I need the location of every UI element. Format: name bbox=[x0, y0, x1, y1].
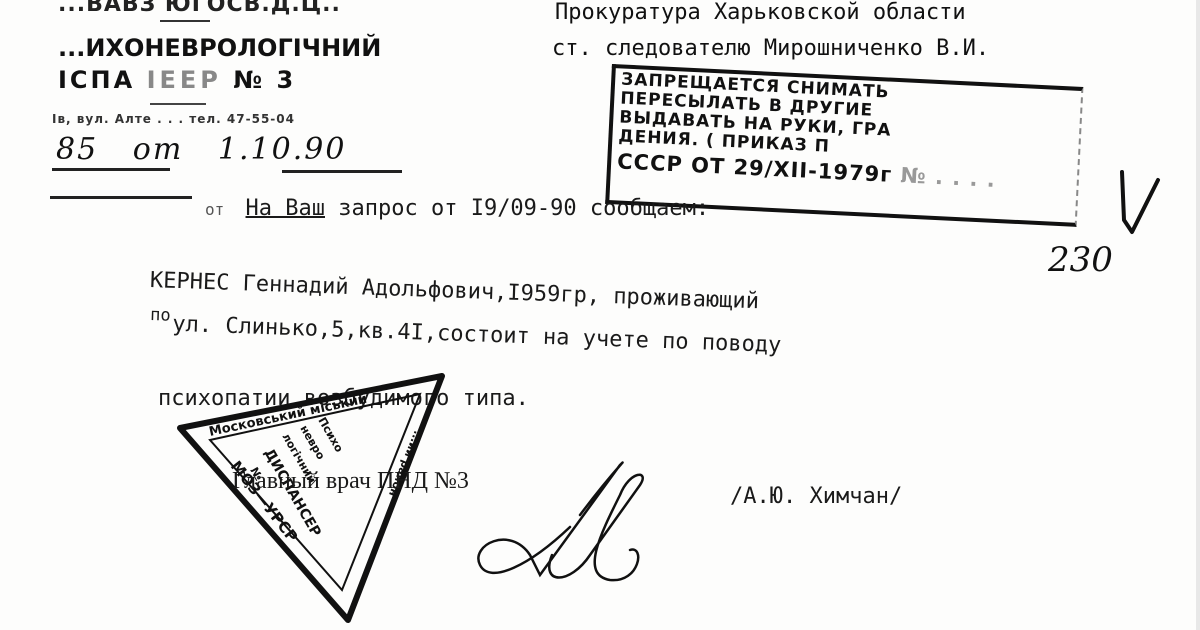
document-page: ...ВАВЗ ЮГОСВ.Д.Ц.. ...ИХОНЕВРОЛОГІЧНИЙ … bbox=[0, 0, 1200, 630]
outgoing-date: 1.10.90 bbox=[218, 132, 347, 167]
request-prefix: от bbox=[205, 200, 224, 219]
letterhead-dispensary: ІСПА ІЕЕР № 3 bbox=[58, 66, 296, 94]
letterhead-rule bbox=[160, 20, 210, 22]
request-line: от На Ваш запрос от I9/09-90 сообщаем: bbox=[205, 196, 709, 221]
handwritten-signature bbox=[470, 455, 700, 605]
outgoing-reference: 85 от 1.10.90 bbox=[56, 132, 346, 167]
scan-edge bbox=[1196, 0, 1200, 630]
letterhead-top-line: ...ВАВЗ ЮГОСВ.Д.Ц.. bbox=[58, 0, 341, 17]
signatory-name: /А.Ю. Химчан/ bbox=[730, 484, 902, 509]
request-underline bbox=[50, 196, 192, 199]
outgoing-underline bbox=[282, 170, 402, 173]
signatory-title: Главный врач ПНД №3 bbox=[232, 468, 469, 495]
dispensary-label: ІСПА bbox=[58, 66, 135, 94]
body-line-2-text: ул. Слинько,5,кв.4I,состоит на учете по … bbox=[172, 312, 782, 358]
request-text: запрос от I9/09-90 сообщаем: bbox=[338, 196, 709, 221]
letterhead-rule bbox=[150, 103, 206, 105]
addressee-line-1: Прокуратура Харьковской области bbox=[555, 0, 966, 25]
dispensary-faded: ІЕЕР bbox=[147, 66, 222, 94]
request-underlined: На Ваш bbox=[246, 196, 325, 221]
triangle-seal: Московський міський МОЗ—УРСР ...ий район… bbox=[170, 370, 470, 630]
outgoing-underline bbox=[52, 168, 170, 171]
stamp-order-number: № . . . . bbox=[900, 163, 996, 192]
addressee-line-2: ст. следователю Мирошниченко В.И. bbox=[552, 36, 989, 61]
letterhead-address: Ів, вул. Алте . . . тел. 47-55-04 bbox=[52, 112, 295, 126]
outgoing-prefix: от bbox=[133, 132, 184, 167]
body-line-2: поул. Слинько,5,кв.4I,состоит на учете п… bbox=[149, 305, 781, 358]
dispensary-number: № 3 bbox=[233, 66, 296, 94]
outgoing-number: 85 bbox=[56, 132, 98, 167]
body-line-2-prefix: по bbox=[150, 305, 171, 326]
checkmark-icon bbox=[1118, 170, 1162, 240]
letterhead-organization: ...ИХОНЕВРОЛОГІЧНИЙ bbox=[58, 34, 381, 62]
handwritten-number: 230 bbox=[1048, 240, 1113, 280]
